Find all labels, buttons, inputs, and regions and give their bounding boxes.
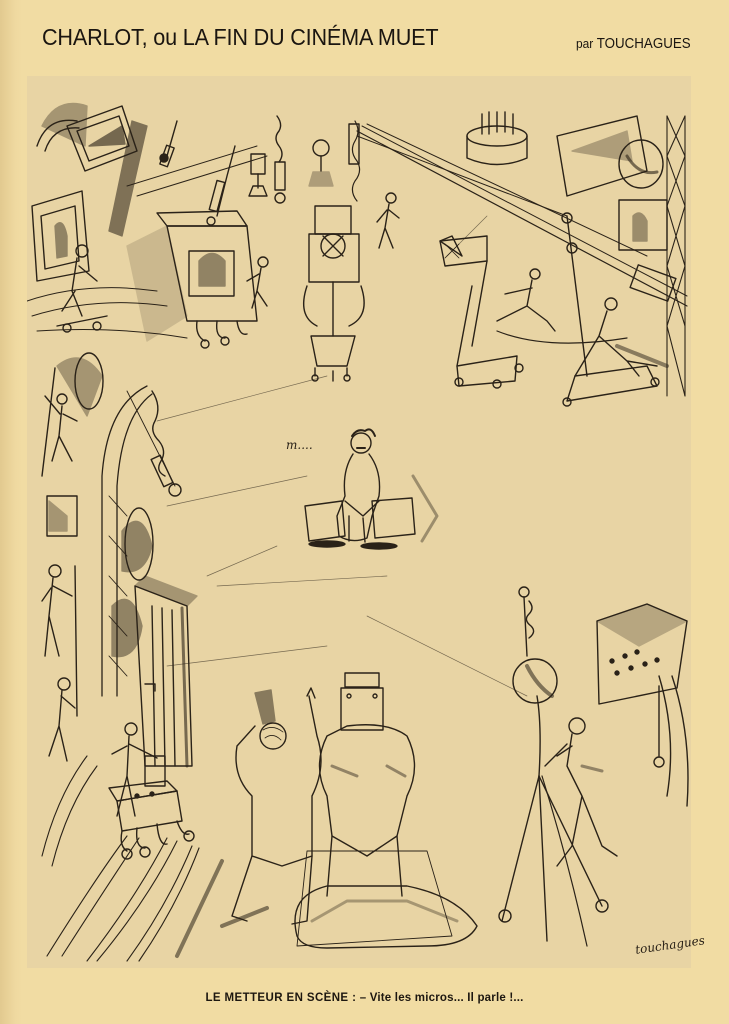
sound-drum — [467, 112, 527, 165]
author-prefix: par — [576, 36, 593, 51]
reflector-frame — [557, 116, 663, 196]
cables-bottom-left — [42, 756, 222, 961]
door-frame — [135, 576, 197, 766]
spotlight-left — [42, 353, 103, 476]
light-technician — [545, 718, 617, 866]
control-panel — [597, 604, 688, 806]
scaffold-tower — [667, 116, 685, 396]
framed-portrait-right — [619, 200, 667, 250]
caption: LE METTEUR EN SCÈNE : – Vite les micros.… — [0, 992, 729, 1004]
illustration-panel: m.... touchagues — [27, 76, 691, 968]
page-title: CHARLOT, ou LA FIN DU CINÉMA MUET — [42, 24, 438, 51]
caption-text: – Vite les micros... Il parle !... — [360, 992, 524, 1004]
caption-speaker: LE METTEUR EN SCÈNE : — [205, 992, 356, 1004]
hanging-microphones — [207, 116, 360, 225]
cameraman — [295, 673, 477, 948]
binding-shadow — [0, 0, 22, 1024]
author-byline: par TOUCHAGUES — [576, 36, 691, 52]
technician-booth — [247, 257, 268, 308]
camera-on-stand — [304, 206, 364, 381]
speech-mumble: m.... — [286, 438, 313, 452]
seated-charlot — [305, 429, 437, 549]
technician-left — [57, 245, 107, 332]
author-name: TOUCHAGUES — [597, 36, 691, 52]
spotlight-top-left-icon — [37, 104, 137, 172]
director-with-megaphone — [222, 688, 321, 926]
camera-booth — [127, 211, 257, 348]
climbing-technician — [42, 565, 77, 716]
walking-figure — [377, 193, 399, 248]
hanging-lamp-icon — [160, 121, 177, 167]
light-stand — [499, 587, 608, 946]
